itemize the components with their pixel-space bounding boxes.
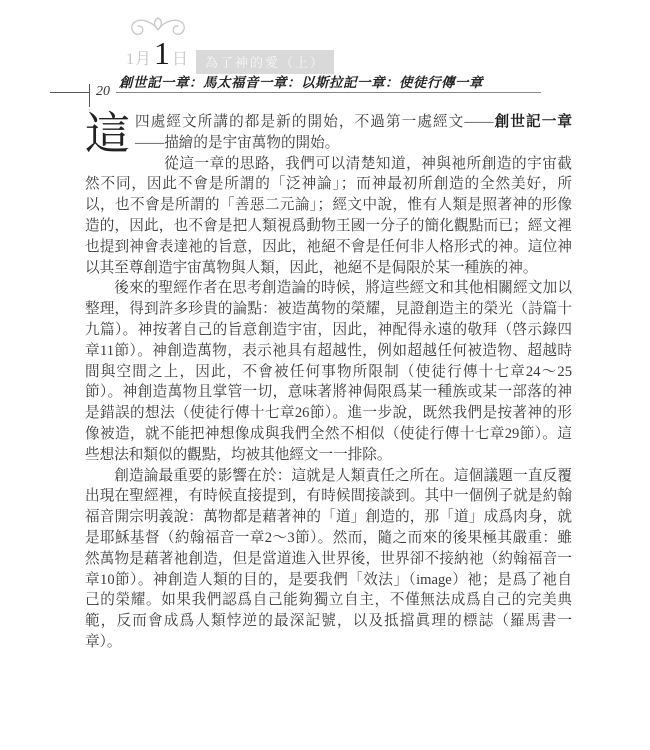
paragraph-1-pre: 四處經文所講的都是新的開始，不過第一處經文—— [135,114,494,130]
paragraph-1-post: ——描繪的是宇宙萬物的開始。 [135,135,339,151]
date-header: 1 月 1 日 [126,37,189,69]
margin-tick [89,84,90,107]
paragraph-1-bold-ref: 創世記一章 [494,114,572,130]
page-number: 20 [96,84,110,100]
scripture-readings: 創世記一章：馬太福音一章：以斯拉記一章：使徒行傳一章 [119,71,483,91]
date-day: 1 [154,37,170,69]
paragraph-1: 這四處經文所講的都是新的開始，不過第一處經文——創世記一章——描繪的是宇宙萬物的… [85,112,572,154]
date-month: 1 [126,51,135,69]
date-month-unit: 月 [135,46,152,69]
book-page: 1 月 1 日 為了神的愛（上） 20 創世記一章：馬太福音一章：以斯拉記一章：… [0,0,650,750]
paragraph-3: 後來的聖經作者在思考創造論的時候，將這些經文和其他相關經文加以整理，得到許多珍貴… [85,278,572,465]
margin-rule-left [50,92,89,93]
paragraph-4: 創造論最重要的影響在於：這就是人類責任之所在。這個議題一直反覆出現在聖經裡，有時… [85,466,572,653]
devotional-body: 這四處經文所講的都是新的開始，不過第一處經文——創世記一章——描繪的是宇宙萬物的… [85,112,572,653]
paragraph-2: 從這一章的思路，我們可以清楚知道，神與祂所創造的宇宙截然不同，因此不會是所謂的「… [85,154,572,279]
dropcap-character: 這 [85,112,135,154]
date-day-unit: 日 [172,46,189,69]
header-rule [116,92,541,93]
